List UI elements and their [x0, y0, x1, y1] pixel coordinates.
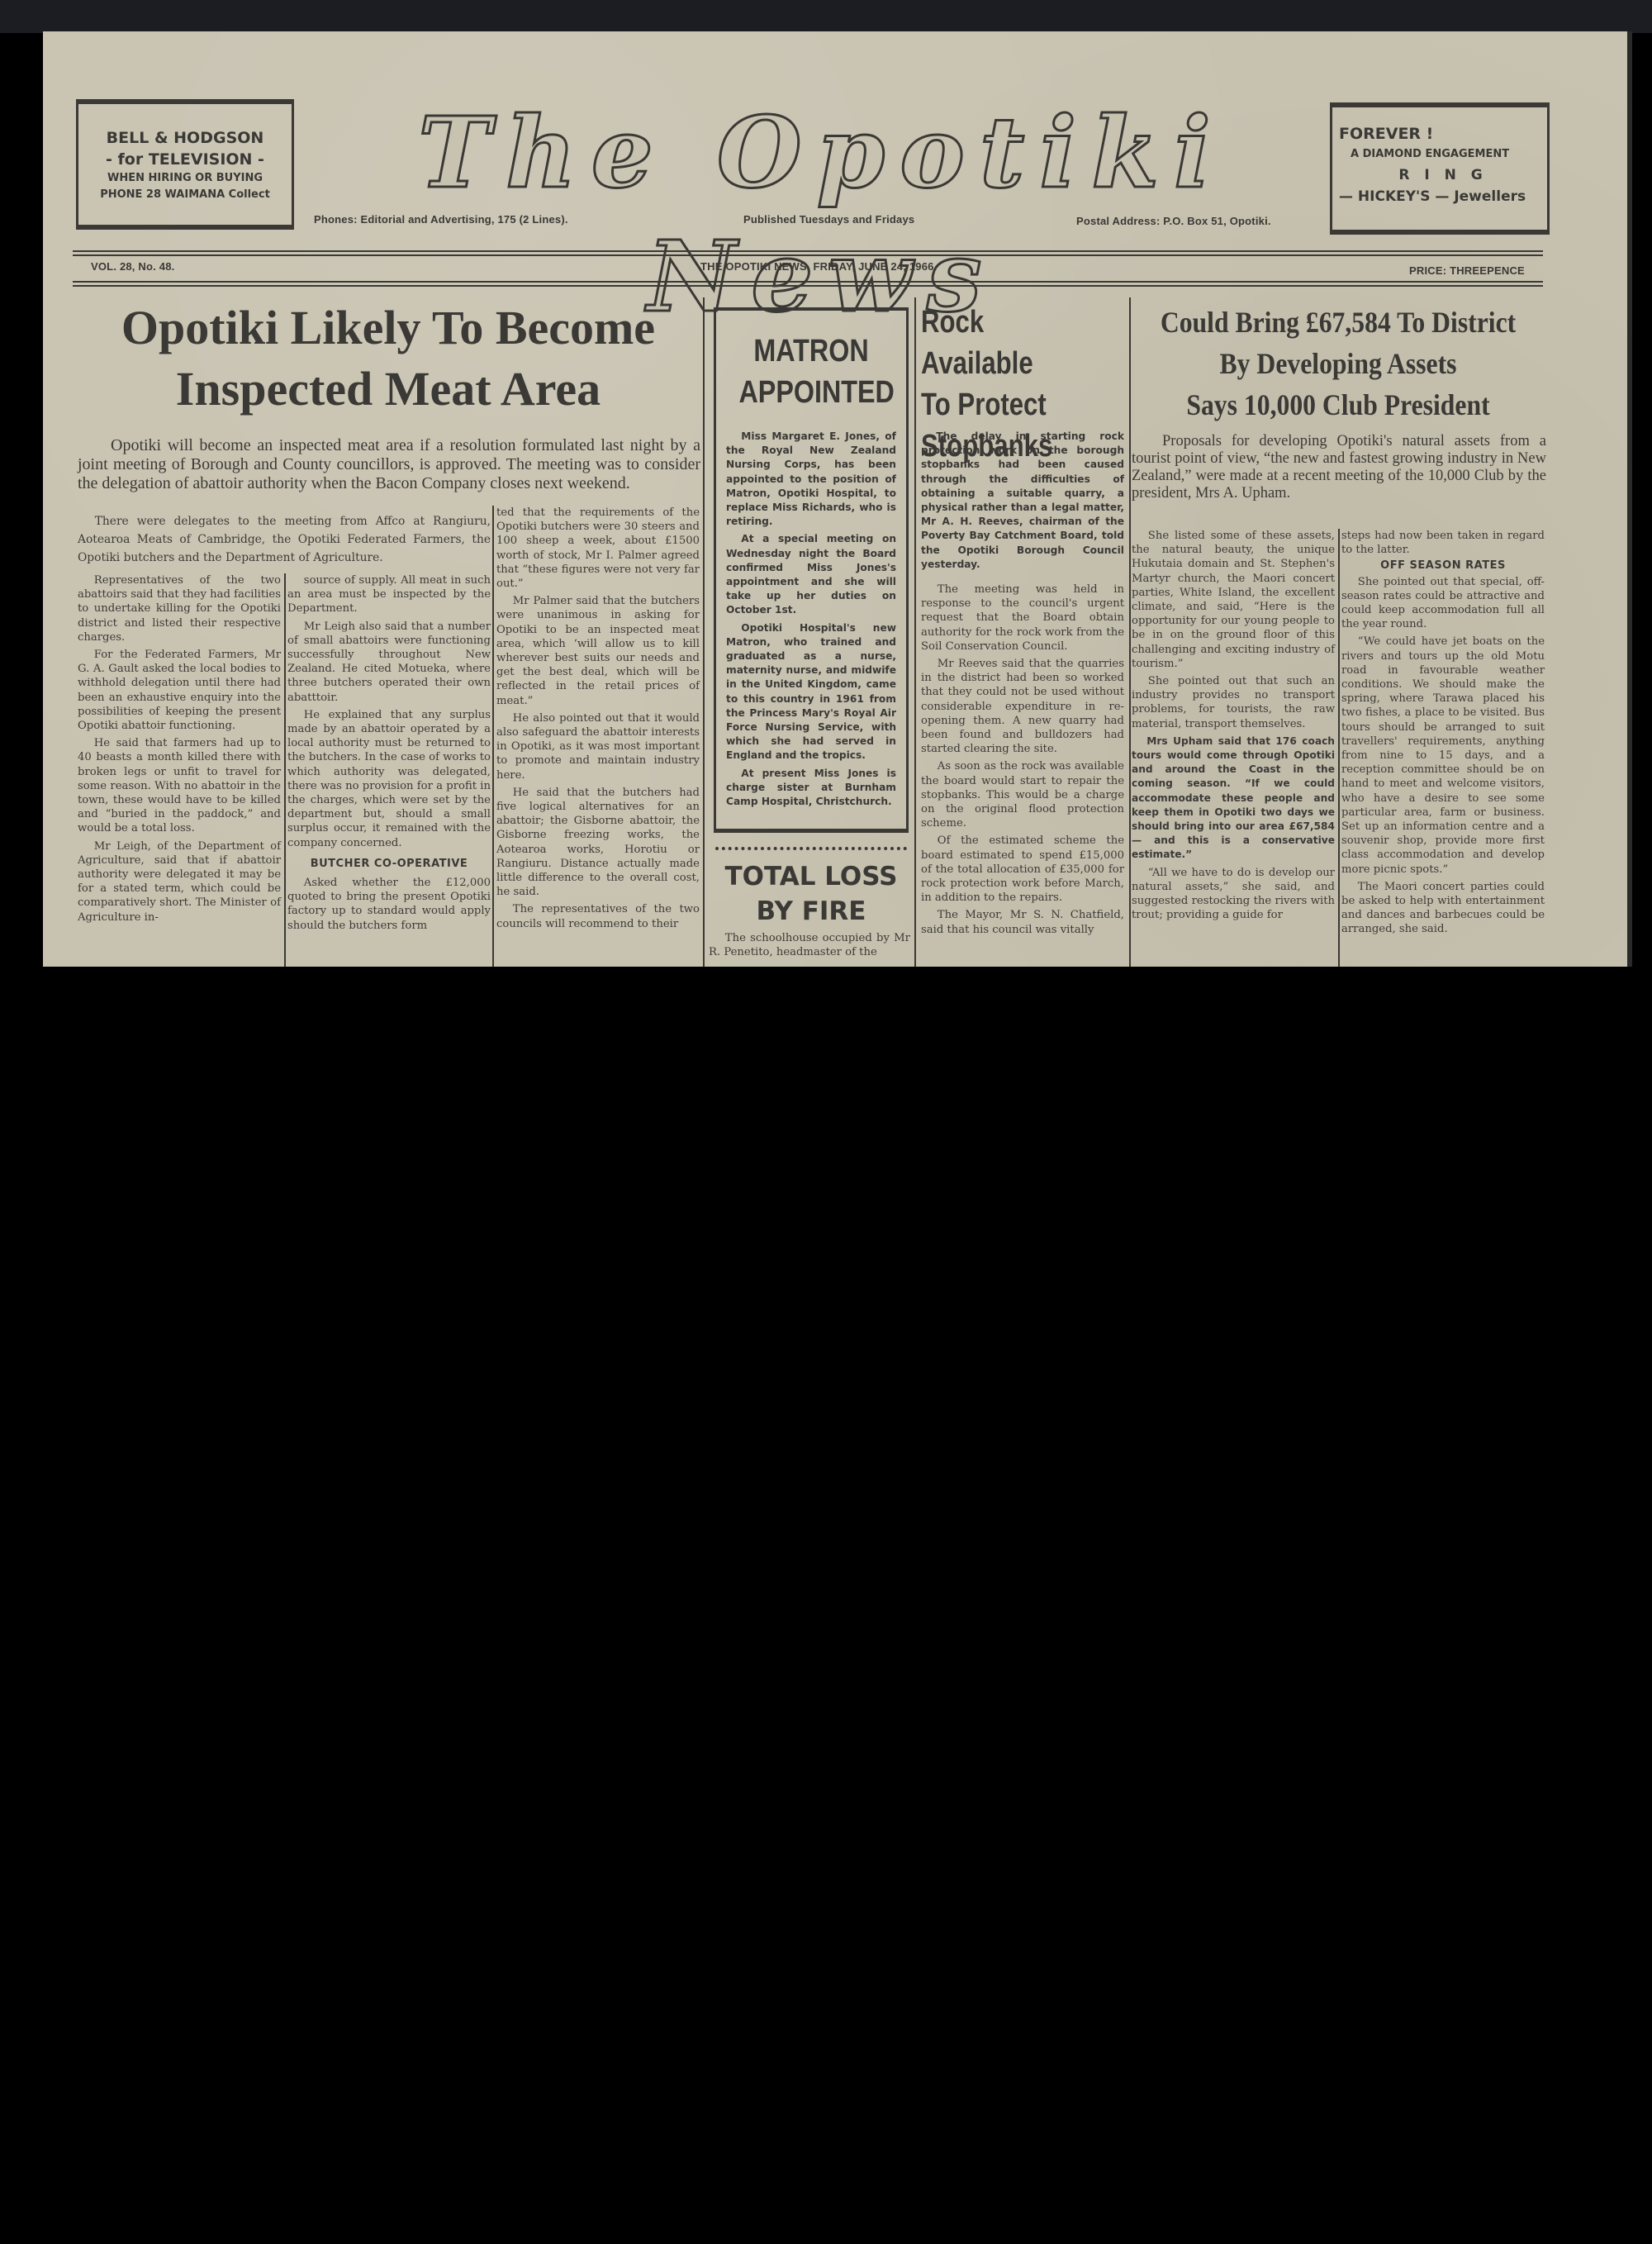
- ad-left-line2: - for TELEVISION -: [78, 149, 292, 170]
- fire-headline-line1: TOTAL LOSS: [710, 859, 912, 894]
- club-col2: steps had now been taken in regard to th…: [1341, 529, 1545, 937]
- paragraph: “All we have to do is develop our natura…: [1132, 866, 1335, 923]
- meat-headline-line1: Opotiki Likely To Become: [74, 297, 702, 359]
- paragraph: She pointed out that such an industry pr…: [1132, 674, 1335, 731]
- meat-lead-text: Opotiki will become an inspected meat ar…: [78, 436, 700, 493]
- paragraph: He explained that any surplus made by an…: [287, 708, 491, 850]
- paragraph: For the Federated Farmers, Mr G. A. Gaul…: [78, 648, 281, 733]
- paragraph: Representatives of the two abattoirs sai…: [78, 573, 281, 644]
- ad-right-line1: FOREVER !: [1339, 122, 1547, 145]
- club-headline: Could Bring £67,584 To District By Devel…: [1156, 302, 1520, 426]
- ad-hickeys: FOREVER ! A DIAMOND ENGAGEMENT R I N G —…: [1330, 102, 1550, 235]
- meat-subhead: BUTCHER CO-OPERATIVE: [287, 857, 491, 871]
- column-divider: [703, 297, 705, 967]
- paragraph: The schoolhouse occupied by Mr R. Peneti…: [709, 931, 910, 959]
- matron-box: MATRON APPOINTED Miss Margaret E. Jones,…: [714, 307, 909, 833]
- meat-headline-line2: Inspected Meat Area: [74, 359, 702, 420]
- paragraph: source of supply. All meat in such an ar…: [287, 573, 491, 616]
- paragraph: Asked whether the £12,000 quoted to brin…: [287, 876, 491, 933]
- fire-headline: TOTAL LOSS BY FIRE: [710, 859, 912, 929]
- club-headline-line1: Could Bring £67,584 To District: [1156, 302, 1520, 343]
- paragraph: Miss Margaret E. Jones, of the Royal New…: [726, 430, 896, 529]
- postal-info: Postal Address: P.O. Box 51, Opotiki.: [1076, 215, 1271, 227]
- dateline: THE OPOTIKI NEWS, FRIDAY, JUNE 24, 1966.: [700, 260, 937, 273]
- paragraph: Of the estimated scheme the board estima…: [921, 834, 1124, 905]
- paragraph: At present Miss Jones is charge sister a…: [726, 767, 896, 810]
- club-lead: Proposals for developing Opotiki's natur…: [1132, 433, 1546, 502]
- published-info: Published Tuesdays and Fridays: [743, 213, 914, 226]
- fire-headline-line2: BY FIRE: [710, 894, 912, 929]
- rock-headline-line1: Rock Available: [921, 302, 1090, 384]
- scanner-background: [0, 0, 1652, 33]
- meat-intro-text: There were delegates to the meeting from…: [78, 512, 491, 567]
- meat-col2: source of supply. All meat in such an ar…: [287, 573, 491, 933]
- paragraph: The Maori concert parties could be asked…: [1341, 880, 1545, 937]
- meat-headline: Opotiki Likely To Become Inspected Meat …: [74, 297, 702, 420]
- club-bold-quote: Mrs Upham said that 176 coach tours woul…: [1132, 735, 1335, 863]
- paragraph: He said that the butchers had five logic…: [496, 786, 700, 900]
- matron-headline: MATRON APPOINTED: [738, 330, 883, 413]
- paragraph: He said that farmers had up to 40 beasts…: [78, 736, 281, 835]
- fire-body: The schoolhouse occupied by Mr R. Peneti…: [709, 931, 910, 959]
- ad-left-line1: BELL & HODGSON: [78, 127, 292, 149]
- meat-lead: Opotiki will become an inspected meat ar…: [78, 436, 700, 493]
- paragraph: Mr Leigh, of the Department of Agricultu…: [78, 839, 281, 925]
- rock-body: The meeting was held in response to the …: [921, 582, 1124, 937]
- ad-right-line3: R I N G: [1339, 164, 1547, 187]
- paragraph: Mr Leigh also said that a number of smal…: [287, 620, 491, 705]
- price: PRICE: THREEPENCE: [1409, 264, 1525, 277]
- matron-headline-line1: MATRON: [738, 330, 883, 372]
- folio-rule-top: [73, 250, 1543, 256]
- paragraph: He also pointed out that it would also s…: [496, 711, 700, 782]
- paragraph: “We could have jet boats on the rivers a…: [1341, 635, 1545, 876]
- club-subhead: OFF SEASON RATES: [1341, 559, 1545, 573]
- folio-rule-bottom: [73, 281, 1543, 287]
- meat-col3: ted that the requirements of the Opotiki…: [496, 506, 700, 931]
- column-divider: [492, 506, 494, 967]
- ad-right-line4: — HICKEY'S — Jewellers: [1339, 187, 1547, 207]
- column-divider: [914, 297, 916, 967]
- dotted-divider: [715, 847, 907, 850]
- paragraph: Opotiki Hospital's new Matron, who train…: [726, 621, 896, 763]
- ad-left-line3: WHEN HIRING OR BUYING: [78, 170, 292, 187]
- rock-headline-line2: To Protect: [921, 384, 1090, 426]
- paragraph: Mr Palmer said that the butchers were un…: [496, 594, 700, 708]
- paragraph: Mr Reeves said that the quarries in the …: [921, 657, 1124, 756]
- paragraph: Proposals for developing Opotiki's natur…: [1132, 433, 1546, 502]
- club-headline-line3: Says 10,000 Club President: [1156, 384, 1520, 426]
- club-col1: She listed some of these assets, the nat…: [1132, 529, 1335, 922]
- meat-col1: Representatives of the two abattoirs sai…: [78, 573, 281, 925]
- masthead-title: The Opotiki News: [347, 91, 1297, 215]
- paragraph: Mrs Upham said that 176 coach tours woul…: [1132, 735, 1335, 863]
- column-divider: [1338, 529, 1340, 967]
- club-headline-line2: By Developing Assets: [1156, 343, 1520, 384]
- column-divider: [284, 573, 286, 967]
- paragraph: The Mayor, Mr S. N. Chatfield, said that…: [921, 908, 1124, 936]
- ad-right-line2: A DIAMOND ENGAGEMENT: [1339, 145, 1547, 164]
- paragraph: steps had now been taken in regard to th…: [1341, 529, 1545, 557]
- blank-scan-area: [0, 967, 1652, 2244]
- paragraph: She pointed out that special, off-season…: [1341, 575, 1545, 632]
- ad-left-line4: PHONE 28 WAIMANA Collect: [78, 187, 292, 203]
- paragraph: The delay in starting rock protection wo…: [921, 430, 1124, 572]
- paragraph: She listed some of these assets, the nat…: [1132, 529, 1335, 671]
- paragraph: As soon as the rock was available the bo…: [921, 759, 1124, 830]
- rock-lead: The delay in starting rock protection wo…: [921, 430, 1124, 572]
- paragraph: ted that the requirements of the Opotiki…: [496, 506, 700, 591]
- ad-bell-hodgson: BELL & HODGSON - for TELEVISION - WHEN H…: [76, 99, 294, 230]
- paragraph: At a special meeting on Wednesday night …: [726, 532, 896, 617]
- volume-number: VOL. 28, No. 48.: [91, 260, 174, 273]
- matron-headline-line2: APPOINTED: [738, 372, 883, 413]
- paragraph: The meeting was held in response to the …: [921, 582, 1124, 654]
- phones-info: Phones: Editorial and Advertising, 175 (…: [314, 213, 568, 226]
- paragraph: The representatives of the two councils …: [496, 902, 700, 930]
- matron-body: Miss Margaret E. Jones, of the Royal New…: [726, 430, 896, 809]
- column-divider: [1129, 297, 1131, 967]
- meat-intro: There were delegates to the meeting from…: [78, 512, 491, 567]
